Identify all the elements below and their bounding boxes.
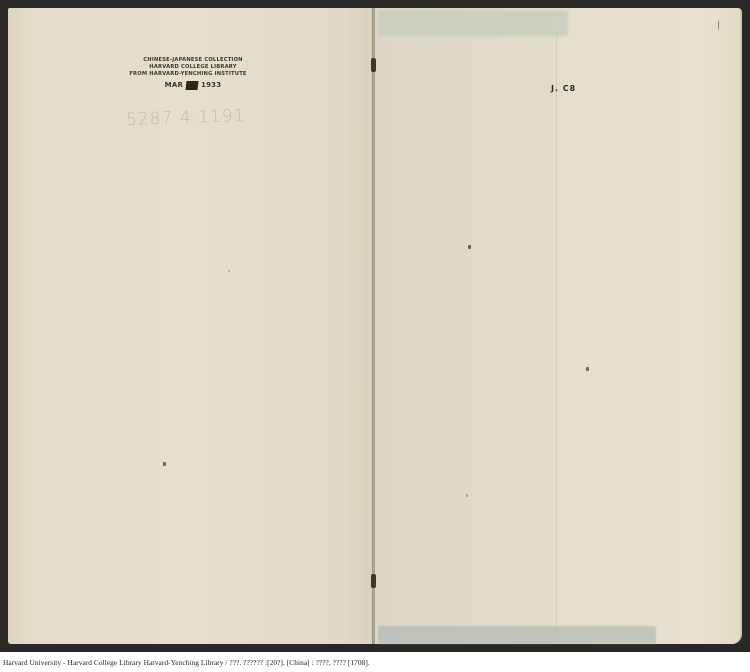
image-citation-caption: Harvard University - Harvard College Lib… <box>3 658 370 667</box>
paper-speck <box>586 367 589 371</box>
paper-speck <box>163 462 166 466</box>
paper-speck <box>468 245 471 249</box>
paper-speck <box>228 270 230 272</box>
binding-thread-top <box>371 58 376 72</box>
binding-thread-bottom <box>371 574 376 588</box>
ink-smudge-icon <box>186 81 199 90</box>
stamp-line-3: FROM HARVARD-YENCHING INSTITUTE <box>108 71 268 78</box>
repair-tape-top <box>378 10 568 36</box>
pencil-call-number: 5287.4:1191 <box>126 106 246 130</box>
book-spine <box>372 8 375 644</box>
right-page-mark: J. C8 <box>551 84 576 93</box>
pencil-corner-mark <box>718 20 720 30</box>
page-fold-line <box>556 30 557 630</box>
stamp-date-year: 1933 <box>201 81 221 89</box>
library-stamp: CHINESE-JAPANESE COLLECTION HARVARD COLL… <box>118 57 268 90</box>
stamp-date-month: MAR <box>165 81 183 89</box>
right-page <box>374 8 742 644</box>
paper-speck <box>466 494 468 497</box>
stamp-line-1: CHINESE-JAPANESE COLLECTION <box>118 57 268 64</box>
page-scan-viewer: CHINESE-JAPANESE COLLECTION HARVARD COLL… <box>0 0 750 652</box>
stamp-date: MAR1933 <box>118 80 268 90</box>
stamp-line-2: HARVARD COLLEGE LIBRARY <box>118 64 268 71</box>
repair-tape-bottom <box>378 626 656 644</box>
left-page <box>8 8 374 644</box>
